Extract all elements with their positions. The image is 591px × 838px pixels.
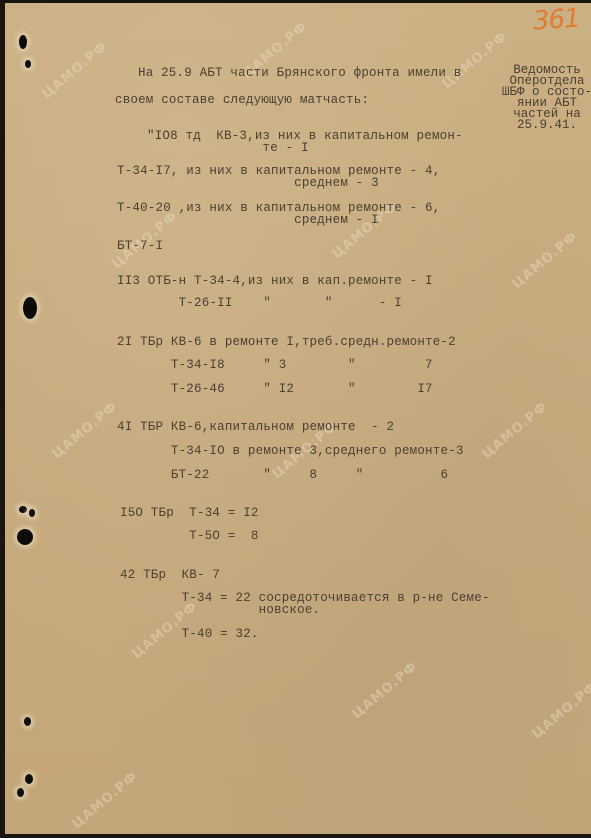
unit-line: Т-40 = 32. — [120, 628, 259, 641]
unit-line: Т-34-IO в ремонте 3,среднего ремонте-3 — [117, 445, 464, 458]
side-note: Ведомость Оперотдела ШБФ о состо- янии А… — [497, 65, 591, 131]
unit-line: I5O ТБр Т-34 = I2 — [120, 507, 259, 520]
punch-hole — [25, 774, 33, 784]
side-note-line: 25.9.41. — [497, 120, 591, 131]
punch-hole — [17, 788, 24, 797]
unit-line: среднем - I — [117, 214, 379, 227]
watermark: ЦАМО.РФ — [350, 659, 421, 722]
unit-line: БТ-7-I — [117, 240, 163, 253]
watermark: ЦАМО.РФ — [510, 229, 581, 292]
folio-number: 361 — [532, 3, 581, 36]
unit-line: БТ-22 " 8 " 6 — [117, 469, 448, 482]
punch-hole — [23, 297, 37, 319]
punch-hole — [19, 506, 27, 513]
unit-line: среднем - 3 — [117, 177, 379, 190]
unit-line: Т-5О = 8 — [120, 530, 259, 543]
punch-hole — [19, 35, 27, 49]
punch-hole — [24, 717, 31, 726]
punch-hole — [17, 529, 33, 545]
watermark: ЦАМО.РФ — [70, 769, 141, 832]
unit-line: 42 ТБр КВ- 7 — [120, 569, 220, 582]
watermark: ЦАМО.РФ — [50, 399, 121, 462]
unit-line: 4I ТБР КВ-6,капитальном ремонте - 2 — [117, 421, 394, 434]
unit-line: 2I ТБр КВ-6 в ремонте I,треб.средн.ремон… — [117, 336, 456, 349]
watermark: ЦАМО.РФ — [40, 39, 111, 102]
intro-line: своем составе следующую матчасть: — [115, 94, 369, 107]
unit-line: Т-26-46 " I2 " I7 — [117, 383, 433, 396]
unit-line: Т-34-I8 " 3 " 7 — [117, 359, 433, 372]
unit-line: II3 ОТБ-н Т-34-4,из них в кап.ремонте - … — [117, 275, 433, 288]
unit-line: Т-26-II " " - I — [117, 297, 402, 310]
punch-hole — [25, 60, 31, 68]
document-page: ЦАМО.РФ ЦАМО.РФ ЦАМО.РФ ЦАМО.РФ ЦАМО.РФ … — [5, 3, 591, 834]
watermark: ЦАМО.РФ — [480, 399, 551, 462]
unit-line: новское. — [120, 604, 320, 617]
watermark: ЦАМО.РФ — [530, 679, 591, 742]
punch-hole — [29, 509, 35, 517]
unit-line: те - I — [147, 142, 309, 155]
intro-line: На 25.9 АБТ части Брянского фронта имели… — [138, 67, 461, 80]
